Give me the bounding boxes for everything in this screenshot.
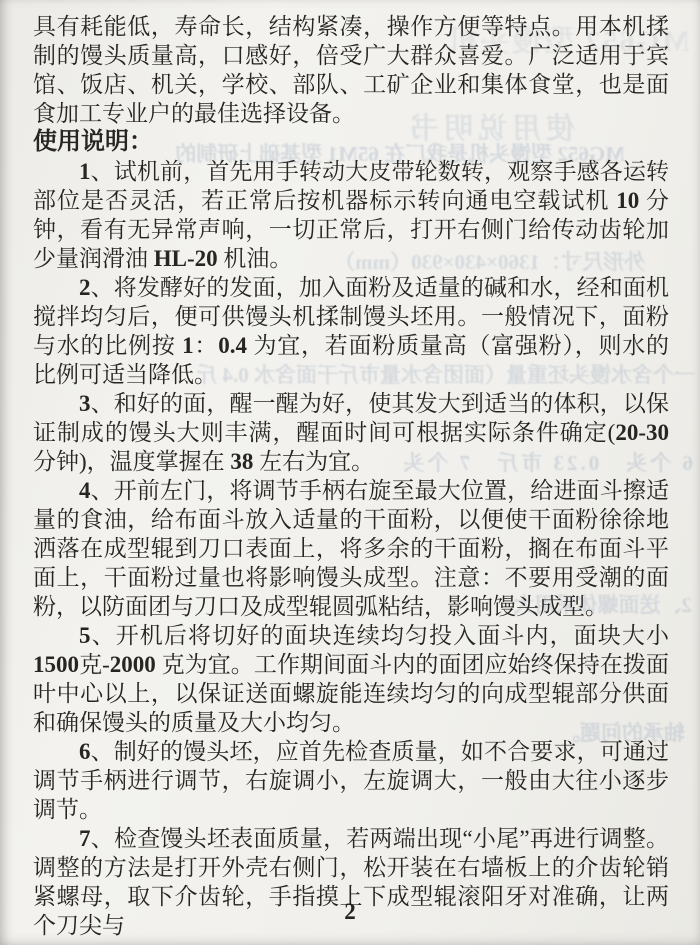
step-paragraph-2: 2、将发酵好的发面，加入面粉及适量的碱和水，经和面机搅拌均匀后，便可供馒头机揉制… [33,273,669,389]
page-text: 具有耗能低，寿命长，结构紧凑，操作方便等特点。用本机揉制的馒头质量高，口感好，倍… [33,12,669,940]
step-paragraph-3: 3、和好的面，醒一醒为好，使其发大到适当的体积，以保证制成的馒头大则丰满，醒面时… [33,389,669,476]
step-paragraph-6: 6、制好的馒头坯，应首先检查质量，如不合要求，可通过调节手柄进行调节，右旋调小，… [33,737,669,824]
step-paragraph-1: 1、试机前，首先用手转动大皮带轮数转，观察手感各运转部位是否灵活，若正常后按机器… [33,157,669,273]
section-heading: 使用说明： [33,128,669,157]
intro-paragraph: 具有耗能低，寿命长，结构紧凑，操作方便等特点。用本机揉制的馒头质量高，口感好，倍… [33,12,669,128]
page-number: 2 [0,899,700,925]
step-paragraph-4: 4、开前左门，将调节手柄右旋至最大位置，给进面斗擦适量的食油，给布面斗放入适量的… [33,476,669,621]
step-paragraph-5: 5、开机后将切好的面块连续均匀投入面斗内，面块大小 1500克-2000 克为宜… [33,621,669,737]
document-page: MG652 型馒头机 使用说明书 MG652 型馒头机是我厂在 65M1 型基础… [0,0,700,945]
